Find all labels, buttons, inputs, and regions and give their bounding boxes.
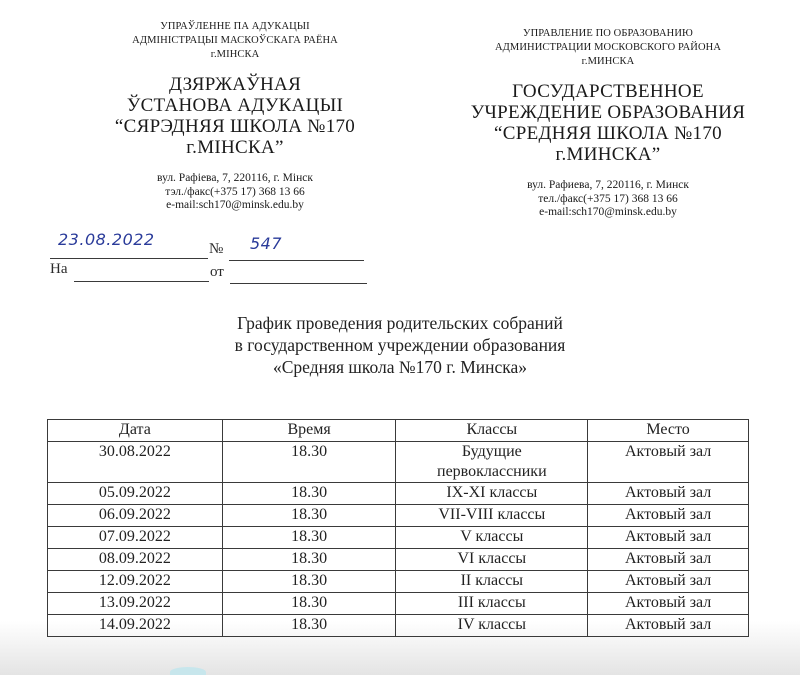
table-row: 14.09.2022 18.30 IV классы Актовый зал xyxy=(48,615,749,637)
reply-underline xyxy=(74,281,209,282)
header-classes: Классы xyxy=(396,420,588,442)
table-row: 13.09.2022 18.30 III классы Актовый зал xyxy=(48,593,749,615)
institution-line: “СРЕДНЯЯ ШКОЛА №170 xyxy=(428,123,788,144)
letterhead-belarusian: УПРАЎЛЕННЕ ПА АДУКАЦЫІ АДМІНІСТРАЦЫІ МАС… xyxy=(60,20,410,213)
cell-classes-line: Будущие xyxy=(400,442,583,462)
document-title: График проведения родительских собраний … xyxy=(100,312,700,378)
cell-time: 18.30 xyxy=(222,527,396,549)
cell-classes: Будущие первоклассники xyxy=(396,442,588,483)
cell-classes-line: первоклассники xyxy=(400,462,583,482)
header-time: Время xyxy=(222,420,396,442)
table-row: 08.09.2022 18.30 VI классы Актовый зал xyxy=(48,549,749,571)
address: вул. Рафиева, 7, 220116, г. Минск xyxy=(428,179,788,193)
authority-line: УПРАЎЛЕННЕ ПА АДУКАЦЫІ xyxy=(60,20,410,34)
cell-time: 18.30 xyxy=(222,442,396,483)
institution-line: г.МИНСКА” xyxy=(428,144,788,165)
table-row: 05.09.2022 18.30 IX-XI классы Актовый за… xyxy=(48,483,749,505)
contacts-ru: вул. Рафиева, 7, 220116, г. Минск тел./ф… xyxy=(428,179,788,220)
cell-time: 18.30 xyxy=(222,549,396,571)
cell-classes: IX-XI классы xyxy=(396,483,588,505)
institution-line: ЎСТАНОВА АДУКАЦЫІ xyxy=(60,95,410,116)
contacts-by: вул. Рафіева, 7, 220116, г. Мінск тэл./ф… xyxy=(60,172,410,213)
letterhead-russian: УПРАВЛЕНИЕ ПО ОБРАЗОВАНИЮ АДМИНИСТРАЦИИ … xyxy=(428,27,788,220)
cell-date: 12.09.2022 xyxy=(48,571,223,593)
number-label: № xyxy=(209,241,223,258)
cell-place: Актовый зал xyxy=(588,593,749,615)
cell-time: 18.30 xyxy=(222,593,396,615)
cell-place: Актовый зал xyxy=(588,571,749,593)
cell-date: 30.08.2022 xyxy=(48,442,223,483)
cell-time: 18.30 xyxy=(222,615,396,637)
cell-date: 14.09.2022 xyxy=(48,615,223,637)
cell-classes: VI классы xyxy=(396,549,588,571)
table-row: 30.08.2022 18.30 Будущие первоклассники … xyxy=(48,442,749,483)
institution-name-by: ДЗЯРЖАЎНАЯ ЎСТАНОВА АДУКАЦЫІ “СЯРЭДНЯЯ Ш… xyxy=(60,74,410,158)
phone-fax: тел./факс(+375 17) 368 13 66 xyxy=(428,193,788,207)
authority-name-by: УПРАЎЛЕННЕ ПА АДУКАЦЫІ АДМІНІСТРАЦЫІ МАС… xyxy=(60,20,410,62)
cell-date: 07.09.2022 xyxy=(48,527,223,549)
cell-classes: II классы xyxy=(396,571,588,593)
institution-line: УЧРЕЖДЕНИЕ ОБРАЗОВАНИЯ xyxy=(428,102,788,123)
authority-name-ru: УПРАВЛЕНИЕ ПО ОБРАЗОВАНИЮ АДМИНИСТРАЦИИ … xyxy=(428,27,788,69)
registration-date: 23.08.2022 xyxy=(58,230,155,249)
from-underline xyxy=(230,283,367,284)
phone-fax: тэл./факс(+375 17) 368 13 66 xyxy=(60,186,410,200)
cell-place: Актовый зал xyxy=(588,505,749,527)
cell-time: 18.30 xyxy=(222,483,396,505)
table-row: 06.09.2022 18.30 VII-VIII классы Актовый… xyxy=(48,505,749,527)
header-place: Место xyxy=(588,420,749,442)
cell-date: 05.09.2022 xyxy=(48,483,223,505)
authority-line: АДМИНИСТРАЦИИ МОСКОВСКОГО РАЙОНА xyxy=(428,41,788,55)
address: вул. Рафіева, 7, 220116, г. Мінск xyxy=(60,172,410,186)
date-underline xyxy=(50,258,208,259)
cell-date: 13.09.2022 xyxy=(48,593,223,615)
cell-classes: VII-VIII классы xyxy=(396,505,588,527)
cell-classes: IV классы xyxy=(396,615,588,637)
title-line: в государственном учреждении образования xyxy=(100,334,700,356)
cell-place: Актовый зал xyxy=(588,527,749,549)
email: e-mail:sch170@minsk.edu.by xyxy=(428,206,788,220)
authority-line: УПРАВЛЕНИЕ ПО ОБРАЗОВАНИЮ xyxy=(428,27,788,41)
cell-classes: V классы xyxy=(396,527,588,549)
cell-place: Актовый зал xyxy=(588,549,749,571)
institution-line: “СЯРЭДНЯЯ ШКОЛА №170 xyxy=(60,116,410,137)
authority-line: г.МИНСКА xyxy=(428,55,788,69)
table-row: 07.09.2022 18.30 V классы Актовый зал xyxy=(48,527,749,549)
registration-number: 547 xyxy=(250,234,282,253)
cell-date: 08.09.2022 xyxy=(48,549,223,571)
number-underline xyxy=(229,260,364,261)
title-line: «Средняя школа №170 г. Минска» xyxy=(100,356,700,378)
cell-classes: III классы xyxy=(396,593,588,615)
institution-line: г.МІНСКА” xyxy=(60,137,410,158)
cell-time: 18.30 xyxy=(222,571,396,593)
cell-date: 06.09.2022 xyxy=(48,505,223,527)
from-label: от xyxy=(210,264,224,281)
title-line: График проведения родительских собраний xyxy=(100,312,700,334)
header-date: Дата xyxy=(48,420,223,442)
meetings-schedule-table: Дата Время Классы Место 30.08.2022 18.30… xyxy=(47,419,749,637)
cell-place: Актовый зал xyxy=(588,483,749,505)
cell-time: 18.30 xyxy=(222,505,396,527)
institution-line: ДЗЯРЖАЎНАЯ xyxy=(60,74,410,95)
table-header-row: Дата Время Классы Место xyxy=(48,420,749,442)
institution-line: ГОСУДАРСТВЕННОЕ xyxy=(428,81,788,102)
email: e-mail:sch170@minsk.edu.by xyxy=(60,199,410,213)
cell-place: Актовый зал xyxy=(588,615,749,637)
authority-line: г.МІНСКА xyxy=(60,48,410,62)
cell-place: Актовый зал xyxy=(588,442,749,483)
authority-line: АДМІНІСТРАЦЫІ МАСКОЎСКАГА РАЁНА xyxy=(60,34,410,48)
decorative-blue-mark xyxy=(170,667,206,675)
institution-name-ru: ГОСУДАРСТВЕННОЕ УЧРЕЖДЕНИЕ ОБРАЗОВАНИЯ “… xyxy=(428,81,788,165)
reply-label: На xyxy=(50,261,68,278)
table-row: 12.09.2022 18.30 II классы Актовый зал xyxy=(48,571,749,593)
